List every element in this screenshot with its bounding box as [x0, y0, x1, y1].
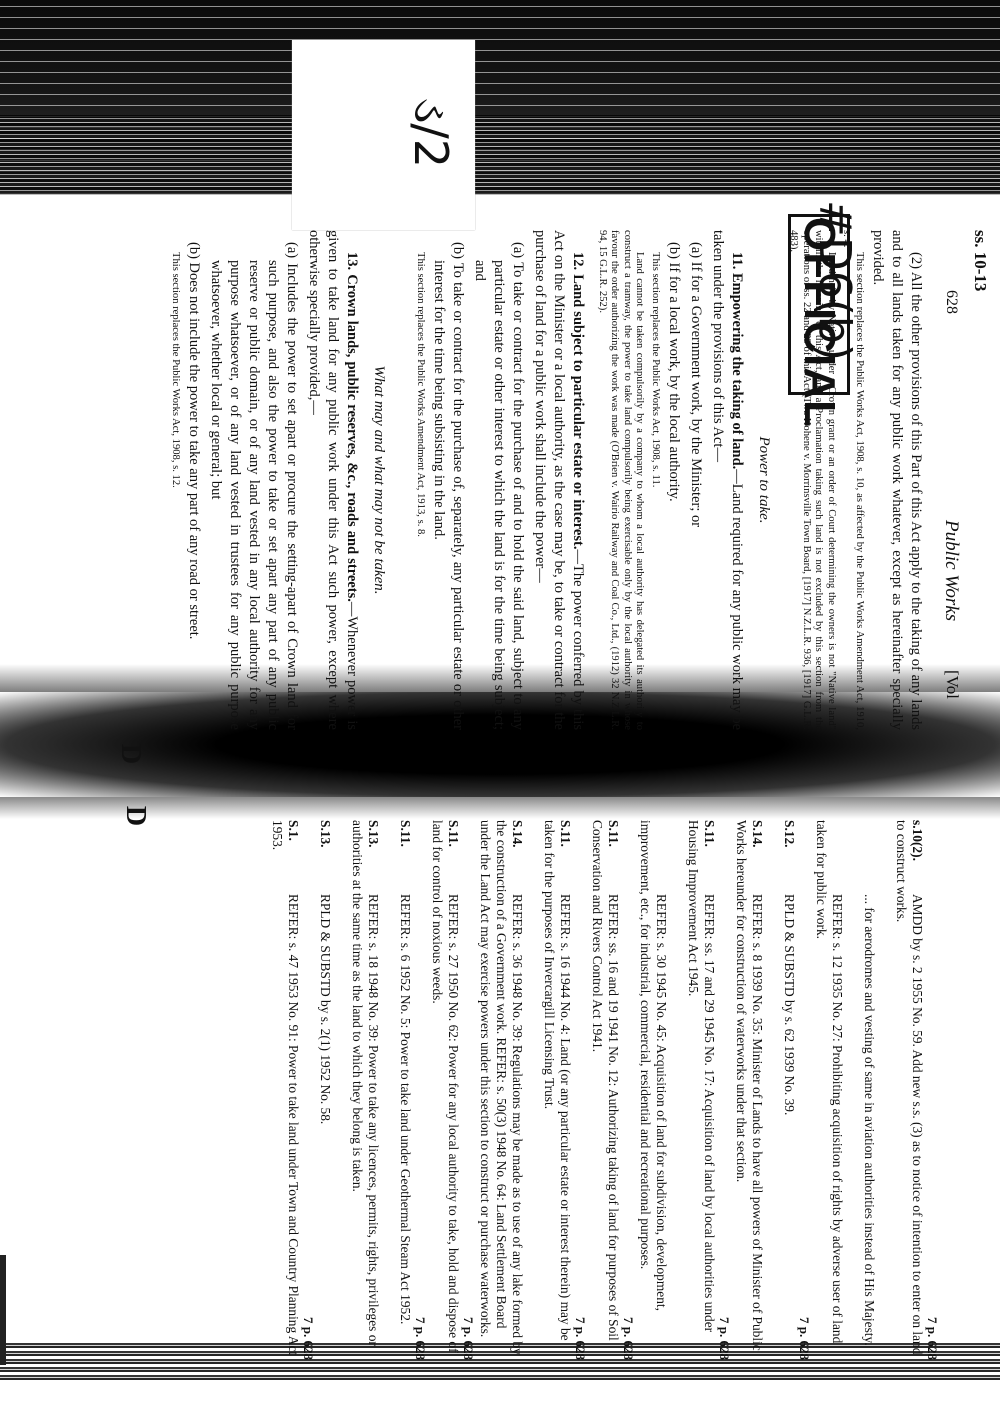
annotation-entry: S.14.REFER: s. 36 1948 No. 39: Regulatio…	[477, 820, 525, 1360]
section-ref: S.1.	[285, 820, 301, 894]
s12-heading: 12. Land subject to particular estate or…	[571, 252, 587, 549]
page-ref: 7 p. 628	[924, 1317, 940, 1360]
handwritten-slip-mark: ડ/2	[402, 98, 458, 168]
s13-b: (b) Does not include the power to take a…	[184, 230, 203, 730]
subheading-power-to-take: Power to take.	[754, 230, 773, 730]
s12-note: This section replaces the Public Works A…	[414, 230, 427, 730]
annotation-entry: ... for aerodromes and vesting of same i…	[861, 820, 877, 1360]
annotation-entry: S.13.RPLD & SUBSTD by s. 2(1) 1952 No. 5…	[317, 820, 333, 1360]
annotation-entry: 7 p. 628s.10(2).AMDD by s. 2 1955 No. 59…	[893, 820, 925, 1360]
annotation-text: ... for aerodromes and vesting of same i…	[862, 894, 877, 1346]
page-ref: 7 p. 628	[796, 1317, 812, 1360]
running-title: Public Works	[940, 520, 962, 621]
annotation-text: REFER: s. 47 1953 No. 91: Power to take …	[270, 820, 301, 1355]
annotation-text: REFER: s. 16 1944 No. 4: Land (or any pa…	[542, 820, 573, 1341]
annotation-entry: 7 p. 628S.11.REFER: s. 6 1952 No. 5: Pow…	[397, 820, 413, 1360]
margin-mark-d: D	[114, 744, 146, 764]
annotation-text: REFER: s. 36 1948 No. 39: Regulations ma…	[478, 820, 525, 1355]
s10-subsection-2: (2) All the other provisions of this Par…	[868, 230, 925, 730]
section-ref: S.12.	[781, 820, 797, 894]
annotation-text: REFER: s. 27 1950 No. 62: Power for any …	[430, 820, 461, 1353]
annotation-text: REFER: s. 30 1945 No. 45: Acquisition of…	[638, 820, 669, 1311]
section-ref: s.10(2).	[909, 820, 925, 894]
annotation-text: REFER: s. 8 1939 No. 35: Minister of Lan…	[734, 820, 765, 1351]
section-ref: S.14.	[509, 820, 525, 894]
page-ref: 7 p. 628	[460, 1317, 476, 1360]
annotation-text: REFER: s. 6 1952 No. 5: Power to take la…	[398, 894, 413, 1324]
s11-b: (b) If for a local work, by the local au…	[664, 230, 683, 730]
section-ref: S.11.	[605, 820, 621, 894]
s11: 11. Empowering the taking of land.—Land …	[708, 230, 746, 730]
annotation-entry: REFER: s. 12 1935 No. 27: Prohibiting ac…	[813, 820, 845, 1360]
annotation-entry: S.14.REFER: s. 8 1939 No. 35: Minister o…	[733, 820, 765, 1360]
page-header: ss. 10-13 628 Public Works [Vol	[920, 230, 990, 730]
page-ref: 7 p. 628	[620, 1317, 636, 1360]
page-number: 628	[942, 290, 960, 314]
annotation-entry: 7 p. 628S.11.REFER: ss. 16 and 19 1941 N…	[589, 820, 621, 1360]
margin-mark-d: D	[119, 806, 151, 826]
s11-a: (a) If for a Government work, by the Min…	[686, 230, 705, 730]
s13-note: This section replaces the Public Works A…	[169, 230, 182, 730]
page-ref: 7 p. 628	[572, 1317, 588, 1360]
s12-b: (b) To take or contract for the purchase…	[430, 230, 468, 730]
s11-note-2: Land cannot be taken compulsorily by a c…	[596, 230, 646, 730]
annotation-text: RPLD & SUBSTD by s. 62 1939 No. 39.	[782, 894, 797, 1115]
s13: 13. Crown lands, public reserves, &c., r…	[304, 230, 361, 730]
s12-a: (a) To take or contract for the purchase…	[471, 230, 528, 730]
s13-heading: 13. Crown lands, public reserves, &c., r…	[344, 252, 360, 602]
page-ref: 7 p. 628	[412, 1317, 428, 1360]
annotation-entry: S.13.REFER: s. 18 1948 No. 39: Power to …	[349, 820, 381, 1360]
annotation-entry: 7 p. 628S.1.REFER: s. 47 1953 No. 91: Po…	[269, 820, 301, 1360]
subheading-what-may-be-taken: What may and what may not be taken.	[369, 230, 388, 730]
section-range: ss. 10-13	[970, 230, 990, 291]
annotation-entry: 7 p. 628S.12.RPLD & SUBSTD by s. 62 1939…	[781, 820, 797, 1360]
section-ref: S.11.	[445, 820, 461, 894]
annotation-text: REFER: ss. 16 and 19 1941 No. 12: Author…	[590, 820, 621, 1341]
scan-shadow-top	[0, 0, 1000, 195]
annotation-text: REFER: ss. 17 and 29 1945 No. 17: Acquis…	[686, 820, 717, 1332]
section-ref: S.11.	[557, 820, 573, 894]
scan-edge	[0, 1255, 6, 1365]
annotation-text: REFER: s. 12 1935 No. 27: Prohibiting ac…	[814, 820, 845, 1343]
annotation-entry: 7 p. 628S.11.REFER: s. 27 1950 No. 62: P…	[429, 820, 461, 1360]
section-ref: S.13.	[317, 820, 333, 894]
page-ref: 7 p. 628	[716, 1317, 732, 1360]
s11-note-1: This section replaces the Public Works A…	[649, 230, 662, 730]
annotation-text: AMDD by s. 2 1955 No. 59. Add new s.s. (…	[894, 820, 925, 1354]
s10-note-1: This section replaces the Public Works A…	[840, 230, 865, 730]
annotation-text: RPLD & SUBSTD by s. 2(1) 1952 No. 58.	[318, 894, 333, 1124]
section-ref: S.14.	[749, 820, 765, 894]
s13-a: (a) Includes the power to set apart or p…	[206, 230, 301, 730]
s10-note-2: Land held by Natives under a Crown grant…	[787, 230, 837, 730]
annotation-text: REFER: s. 18 1948 No. 39: Power to take …	[350, 820, 381, 1346]
statute-column: (2) All the other provisions of this Par…	[166, 230, 926, 730]
annotation-entry: REFER: s. 30 1945 No. 45: Acquisition of…	[637, 820, 669, 1360]
section-ref: S.11.	[397, 820, 413, 894]
s12: 12. Land subject to particular estate or…	[531, 230, 588, 730]
annotation-entry: 7 p. 628S.11.REFER: ss. 17 and 29 1945 N…	[685, 820, 717, 1360]
amendment-annotations: 7 p. 628s.10(2).AMDD by s. 2 1955 No. 59…	[253, 820, 925, 1360]
volume-label: [Vol	[942, 670, 962, 699]
section-ref: S.11.	[701, 820, 717, 894]
section-ref: S.13.	[365, 820, 381, 894]
page-ref: 7 p. 628	[300, 1317, 316, 1360]
s11-heading: 11. Empowering the taking of land.	[729, 252, 745, 469]
annotation-entry: 7 p. 628S.11.REFER: s. 16 1944 No. 4: La…	[541, 820, 573, 1360]
